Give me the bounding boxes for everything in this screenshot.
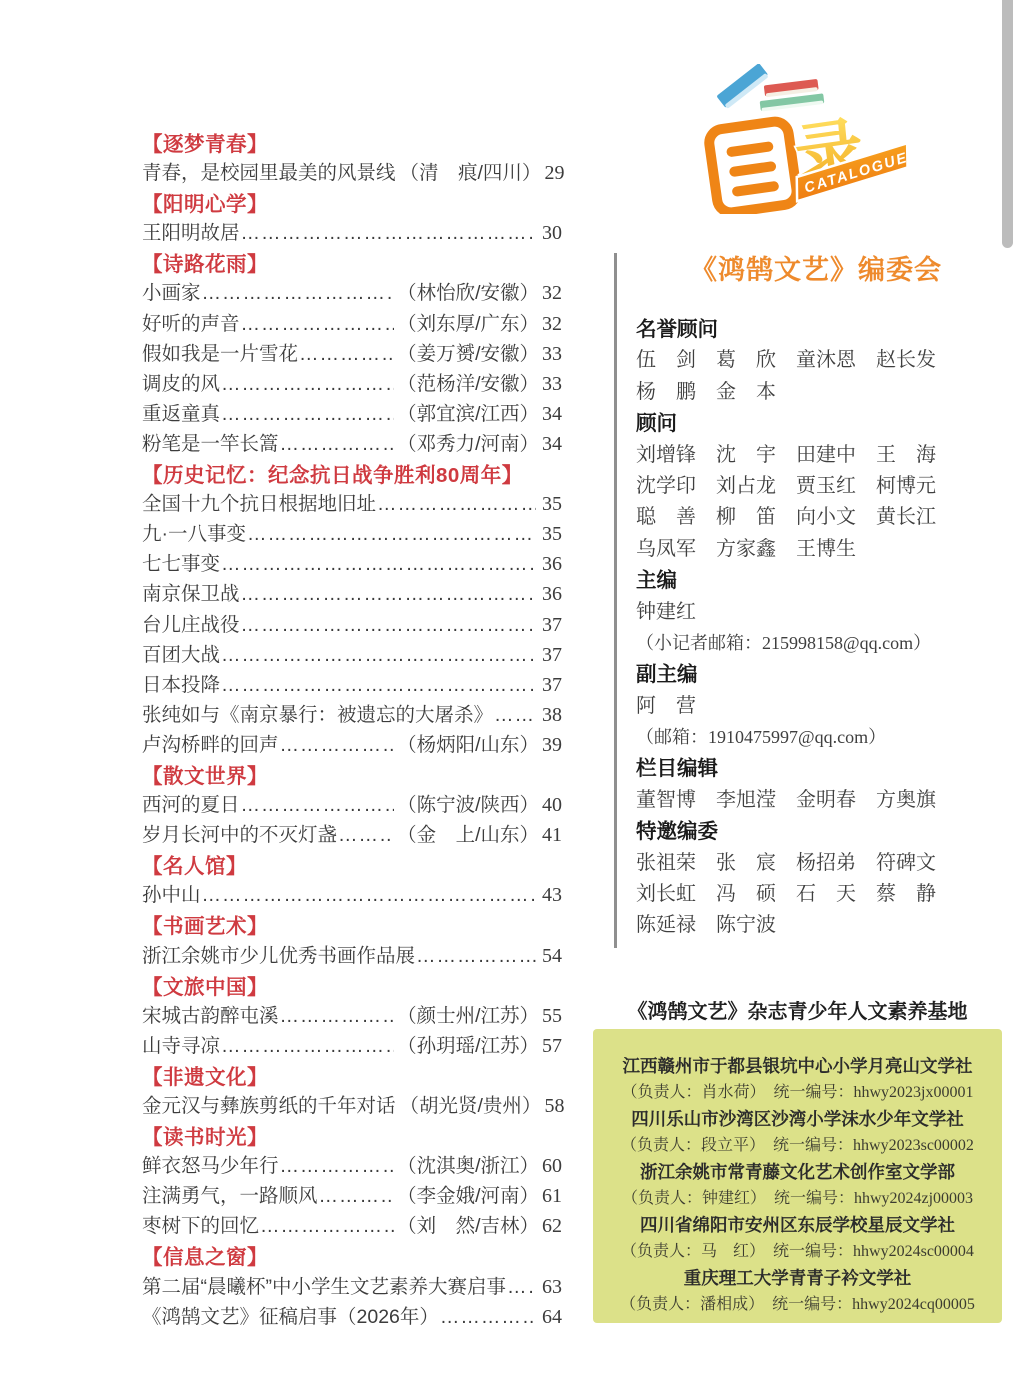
editorial-board-line: 顾问 <box>636 408 946 439</box>
toc-entry-page: 57 <box>542 1035 562 1058</box>
toc-entry-title: 假如我是一片雪花 <box>142 338 298 366</box>
toc-dot-leader: ………………………………………………………………………… <box>299 343 394 366</box>
toc-entry-title: 金元汉与彝族剪纸的千年对话 <box>142 1090 396 1118</box>
toc-row: 假如我是一片雪花 ………………………………………………………………………… （姜… <box>142 338 562 368</box>
toc-entry-title: 孙中山 <box>142 879 201 907</box>
toc-row: 岁月长河中的不灭灯盏 ………………………………………………………………………… … <box>142 819 562 849</box>
toc-entry-title: 九·一八事变 <box>142 518 246 546</box>
toc-dot-leader: ………………………………………………………………………… <box>221 674 536 697</box>
toc-entry-author: （刘 然/吉林） <box>397 1210 539 1238</box>
editorial-board-line: 张祖荣 张 宸 杨招弟 符碑文 <box>636 848 946 879</box>
toc-dot-leader: ………………………………………………………………………… <box>241 313 395 336</box>
toc-row: 张纯如与《南京暴行：被遗忘的大屠杀》 ………………………………………………………… <box>142 699 562 729</box>
toc-row: 粉笔是一竿长篙 ………………………………………………………………………… （邓秀… <box>142 428 562 458</box>
toc-entry-title: 七七事变 <box>142 548 220 576</box>
toc-row: 日本投降 ………………………………………………………………………… 37 <box>142 669 562 699</box>
toc-entry-title: 宋城古韵醉屯溪 <box>142 1000 279 1028</box>
toc-entry-author: （陈宁波/陕西） <box>397 789 539 817</box>
toc-entry-title: 日本投降 <box>142 669 220 697</box>
toc-entry-title: 王阳明故居 <box>142 217 240 245</box>
toc-entry-author: （金 上/山东） <box>397 819 539 847</box>
toc-entry-page: 39 <box>542 734 562 757</box>
toc-entry-page: 35 <box>542 493 562 516</box>
toc-dot-leader: ………………………………………………………………………… <box>280 1005 395 1028</box>
editorial-board-list: 名誉顾问 伍 剑 葛 欣 童沐恩 赵长发 杨 鹏 金 本 顾问 刘增锋 沈 宇 … <box>636 314 946 942</box>
toc-entry-title: 张纯如与《南京暴行：被遗忘的大屠杀》 <box>142 699 493 727</box>
toc-row: 王阳明故居 ………………………………………………………………………… 30 <box>142 217 562 247</box>
editorial-board-line: 董智博 李旭滢 金明春 方奥旗 <box>636 785 946 816</box>
toc-dot-leader: ………………………………………………………………………… <box>221 403 394 426</box>
toc-entry-page: 37 <box>542 644 562 667</box>
toc-section-header: 【书画艺术】 <box>142 909 268 939</box>
toc-row: 【散文世界】 ………………………………………………………………………… <box>142 759 562 789</box>
toc-section-header: 【文旅中国】 <box>142 970 268 1000</box>
editorial-board-line: 阿 营 <box>636 691 946 722</box>
toc-row: 台儿庄战役 ………………………………………………………………………… 37 <box>142 609 562 639</box>
toc-entry-title: 注满勇气，一路顺风 <box>142 1180 318 1208</box>
base-name: 四川省绵阳市安州区东辰学校星辰文学社 <box>593 1212 1002 1239</box>
toc-entry-author: （沈淇奥/浙江） <box>397 1150 539 1178</box>
editorial-board-line: 陈延禄 陈宁波 <box>636 910 946 941</box>
base-item: 四川省绵阳市安州区东辰学校星辰文学社 （负责人：马 红） 统一编号：hhwy20… <box>593 1212 1002 1265</box>
toc-entry-title: 卢沟桥畔的回声 <box>142 729 279 757</box>
toc-row: 孙中山 ………………………………………………………………………… 43 <box>142 879 562 909</box>
base-item: 四川乐山市沙湾区沙湾小学沫水少年文学社 （负责人：段立平） 统一编号：hhwy2… <box>593 1106 1002 1159</box>
toc-entry-title: 枣树下的回忆 <box>142 1210 259 1238</box>
toc-row: 小画家 ………………………………………………………………………… （林怡欣/安徽… <box>142 277 562 307</box>
base-detail: （负责人：钟建红） 统一编号：hhwy2024zj00003 <box>593 1186 1002 1213</box>
toc-entry-author: （孙玥瑶/江苏） <box>397 1030 539 1058</box>
toc-dot-leader: ………………………………………………………………………… <box>247 523 536 546</box>
toc-dot-leader: ………………………………………………………………………… <box>241 222 536 245</box>
toc-dot-leader: ………………………………………………………………………… <box>241 583 536 606</box>
editorial-board-line: 聪 善 柳 笛 向小文 黄长江 <box>636 502 946 533</box>
toc-row: 全国十九个抗日根据地旧址 ………………………………………………………………………… <box>142 488 562 518</box>
toc-entry-page: 64 <box>542 1306 562 1329</box>
toc-entry-author: （李金娥/河南） <box>397 1180 539 1208</box>
editorial-board-line: 乌凤军 方家鑫 王博生 <box>636 534 946 565</box>
base-name: 江西赣州市于都县银坑中心小学月亮山文学社 <box>593 1053 1002 1080</box>
toc-entry-author: （邓秀力/河南） <box>397 428 539 456</box>
toc-entry-page: 60 <box>542 1155 562 1178</box>
toc-dot-leader: ………………………………………………………………………… <box>280 433 395 456</box>
toc-entry-page: 38 <box>542 704 562 727</box>
toc-section-header: 【诗路花雨】 <box>142 247 268 277</box>
toc-entry-page: 62 <box>542 1215 562 1238</box>
toc-dot-leader: ………………………………………………………………………… <box>494 704 536 727</box>
toc-entry-title: 第二届“晨曦杯”中小学生文艺素养大赛启事 <box>142 1271 506 1299</box>
toc-dot-leader: ………………………………………………………………………… <box>319 1185 395 1208</box>
base-detail: （负责人：段立平） 统一编号：hhwy2023sc00002 <box>593 1133 1002 1160</box>
toc-entry-title: 台儿庄战役 <box>142 609 240 637</box>
toc-row: 第二届“晨曦杯”中小学生文艺素养大赛启事 …………………………………………………… <box>142 1271 562 1301</box>
toc-row: 【非遗文化】 ………………………………………………………………………… <box>142 1060 562 1090</box>
toc-entry-title: 全国十九个抗日根据地旧址 <box>142 488 376 516</box>
toc-row: 九·一八事变 ………………………………………………………………………… 35 <box>142 518 562 548</box>
toc-entry-page: 29 <box>544 162 564 185</box>
toc-dot-leader: ………………………………………………………………………… <box>338 824 394 847</box>
toc-entry-page: 32 <box>542 313 562 336</box>
books-icon <box>716 64 824 112</box>
toc-entry-title: 山寺寻凉 <box>142 1030 220 1058</box>
base-name: 重庆理工大学青青子衿文学社 <box>593 1265 1002 1292</box>
toc-entry-page: 32 <box>542 282 562 305</box>
editorial-board-line: 沈学印 刘占龙 贾玉红 柯博元 <box>636 471 946 502</box>
editorial-board-line: 刘增锋 沈 宇 田建中 王 海 <box>636 440 946 471</box>
toc-entry-page: 58 <box>544 1095 564 1118</box>
editorial-board-line: 钟建红 <box>636 597 946 628</box>
toc-entry-page: 40 <box>542 794 562 817</box>
toc-dot-leader: ………………………………………………………………………… <box>507 1276 536 1299</box>
column-divider <box>614 253 617 948</box>
toc-entry-author: （颜士州/江苏） <box>397 1000 539 1028</box>
toc-entry-page: 55 <box>542 1005 562 1028</box>
toc-row: 七七事变 ………………………………………………………………………… 36 <box>142 548 562 578</box>
editorial-board-line: 特邀编委 <box>636 816 946 847</box>
toc-entry-title: 调皮的风 <box>142 368 220 396</box>
toc-dot-leader: ………………………………………………………………………… <box>241 794 395 817</box>
editorial-board-line: 名誉顾问 <box>636 314 946 345</box>
toc-entry-title: 好听的声音 <box>142 308 240 336</box>
toc-entry-page: 63 <box>542 1276 562 1299</box>
toc-row: 枣树下的回忆 ………………………………………………………………………… （刘 然… <box>142 1210 562 1240</box>
toc-entry-author: （刘东厚/广东） <box>397 308 539 336</box>
toc-entry-title: 小画家 <box>142 277 201 305</box>
toc-entry-author: （林怡欣/安徽） <box>397 277 539 305</box>
base-detail: （负责人：肖水荷） 统一编号：hhwy2023jx00001 <box>593 1080 1002 1107</box>
toc-entry-author: （郭宜滨/江西） <box>397 398 539 426</box>
toc-dot-leader: ………………………………………………………………………… <box>221 1035 394 1058</box>
editorial-board-line: 栏目编辑 <box>636 753 946 784</box>
toc-section-header: 【散文世界】 <box>142 759 268 789</box>
base-name: 浙江余姚市常青藤文化艺术创作室文学部 <box>593 1159 1002 1186</box>
scrollbar-thumb[interactable] <box>1002 0 1013 248</box>
toc-entry-page: 54 <box>542 945 562 968</box>
toc-section-header: 【名人馆】 <box>142 849 247 879</box>
toc-dot-leader: ………………………………………………………………………… <box>416 945 536 968</box>
toc-entry-title: 西河的夏日 <box>142 789 240 817</box>
toc-row: 【信息之窗】 ………………………………………………………………………… <box>142 1240 562 1270</box>
toc-section-header: 【阳明心学】 <box>142 187 268 217</box>
toc-entry-title: 鲜衣怒马少年行 <box>142 1150 279 1178</box>
toc-column: 【逐梦青春】 ………………………………………………………………………… 青春，是… <box>142 127 562 1331</box>
toc-entry-page: 37 <box>542 674 562 697</box>
toc-entry-page: 37 <box>542 614 562 637</box>
toc-dot-leader: ………………………………………………………………………… <box>280 734 395 757</box>
toc-row: 【名人馆】 ………………………………………………………………………… <box>142 849 562 879</box>
toc-dot-leader: ………………………………………………………………………… <box>260 1215 394 1238</box>
toc-row: 南京保卫战 ………………………………………………………………………… 36 <box>142 578 562 608</box>
toc-row: 青春，是校园里最美的风景线 ……………………………………………………………………… <box>142 157 562 187</box>
base-detail: （负责人：马 红） 统一编号：hhwy2024sc00004 <box>593 1239 1002 1266</box>
toc-dot-leader: ………………………………………………………………………… <box>241 614 536 637</box>
toc-section-header: 【信息之窗】 <box>142 1240 268 1270</box>
toc-entry-page: 43 <box>542 884 562 907</box>
toc-dot-leader: ………………………………………………………………………… <box>221 373 394 396</box>
toc-section-header: 【逐梦青春】 <box>142 127 268 157</box>
toc-entry-page: 35 <box>542 523 562 546</box>
editorial-board-line: 刘长虹 冯 硕 石 天 蔡 静 <box>636 879 946 910</box>
toc-row: 西河的夏日 ………………………………………………………………………… （陈宁波/… <box>142 789 562 819</box>
toc-row: 【文旅中国】 ………………………………………………………………………… <box>142 970 562 1000</box>
toc-row: 【诗路花雨】 ………………………………………………………………………… <box>142 247 562 277</box>
base-item: 浙江余姚市常青藤文化艺术创作室文学部 （负责人：钟建红） 统一编号：hhwy20… <box>593 1159 1002 1212</box>
toc-entry-page: 36 <box>542 553 562 576</box>
toc-entry-title: 岁月长河中的不灭灯盏 <box>142 819 337 847</box>
editorial-board-line: 副主编 <box>636 659 946 690</box>
toc-entry-page: 33 <box>542 373 562 396</box>
toc-entry-page: 34 <box>542 433 562 456</box>
toc-row: 浙江余姚市少儿优秀书画作品展 …………………………………………………………………… <box>142 940 562 970</box>
base-item: 重庆理工大学青青子衿文学社 （负责人：潘相成） 统一编号：hhwy2024cq0… <box>593 1265 1002 1318</box>
toc-section-header: 【读书时光】 <box>142 1120 268 1150</box>
toc-entry-title: 粉笔是一竿长篙 <box>142 428 279 456</box>
toc-dot-leader: ………………………………………………………………………… <box>221 553 536 576</box>
toc-dot-leader: ………………………………………………………………………… <box>221 644 536 667</box>
toc-row: 【阳明心学】 ………………………………………………………………………… <box>142 187 562 217</box>
editorial-board-line: （小记者邮箱：215998158@qq.com） <box>636 628 946 659</box>
toc-dot-leader: ………………………………………………………………………… <box>440 1306 536 1329</box>
toc-row: 宋城古韵醉屯溪 ………………………………………………………………………… （颜士… <box>142 1000 562 1030</box>
base-name: 四川乐山市沙湾区沙湾小学沫水少年文学社 <box>593 1106 1002 1133</box>
toc-row: 《鸿鹄文艺》征稿启事（2026年） …………………………………………………………… <box>142 1301 562 1331</box>
toc-row: 百团大战 ………………………………………………………………………… 37 <box>142 639 562 669</box>
toc-entry-page: 33 <box>542 343 562 366</box>
toc-row: 注满勇气，一路顺风 ………………………………………………………………………… （… <box>142 1180 562 1210</box>
base-item: 江西赣州市于都县银坑中心小学月亮山文学社 （负责人：肖水荷） 统一编号：hhwy… <box>593 1053 1002 1106</box>
catalogue-logo: 录 CATALOGUE <box>703 64 915 214</box>
toc-entry-page: 36 <box>542 583 562 606</box>
toc-row: 鲜衣怒马少年行 ………………………………………………………………………… （沈淇… <box>142 1150 562 1180</box>
toc-row: 山寺寻凉 ………………………………………………………………………… （孙玥瑶/江… <box>142 1030 562 1060</box>
toc-entry-author: （范杨洋/安徽） <box>397 368 539 396</box>
editorial-board-title: 《鸿鹄文艺》编委会 <box>616 248 1016 287</box>
toc-entry-title: 《鸿鹄文艺》征稿启事（2026年） <box>142 1301 439 1329</box>
toc-entry-page: 30 <box>542 222 562 245</box>
toc-dot-leader: ………………………………………………………………………… <box>377 493 536 516</box>
toc-dot-leader: ………………………………………………………………………… <box>202 282 395 305</box>
bases-box: 江西赣州市于都县银坑中心小学月亮山文学社 （负责人：肖水荷） 统一编号：hhwy… <box>593 1029 1002 1323</box>
toc-section-header: 【历史记忆：纪念抗日战争胜利80周年】 <box>142 458 523 488</box>
toc-entry-author: （胡光贤/贵州） <box>400 1090 542 1118</box>
toc-row: 调皮的风 ………………………………………………………………………… （范杨洋/安… <box>142 368 562 398</box>
bases-title: 《鸿鹄文艺》杂志青少年人文素养基地 <box>593 995 1002 1024</box>
toc-row: 【历史记忆：纪念抗日战争胜利80周年】 ……………………………………………………… <box>142 458 562 488</box>
mu-glyph <box>707 120 798 214</box>
magazine-toc-page: 【逐梦青春】 ………………………………………………………………………… 青春，是… <box>0 0 1023 1400</box>
toc-entry-page: 61 <box>542 1185 562 1208</box>
toc-row: 金元汉与彝族剪纸的千年对话 ……………………………………………………………………… <box>142 1090 562 1120</box>
toc-entry-author: （姜万赟/安徽） <box>397 338 539 366</box>
toc-row: 【书画艺术】 ………………………………………………………………………… <box>142 909 562 939</box>
toc-entry-title: 重返童真 <box>142 398 220 426</box>
toc-dot-leader: ………………………………………………………………………… <box>202 884 536 907</box>
toc-entry-title: 百团大战 <box>142 639 220 667</box>
toc-entry-title: 南京保卫战 <box>142 578 240 606</box>
toc-row: 【读书时光】 ………………………………………………………………………… <box>142 1120 562 1150</box>
toc-entry-page: 41 <box>542 824 562 847</box>
toc-entry-author: （杨炳阳/山东） <box>397 729 539 757</box>
toc-entry-author: （清 痕/四川） <box>400 157 542 185</box>
toc-row: 【逐梦青春】 ………………………………………………………………………… <box>142 127 562 157</box>
editorial-board-line: 伍 剑 葛 欣 童沐恩 赵长发 <box>636 345 946 376</box>
toc-dot-leader: ………………………………………………………………………… <box>280 1155 395 1178</box>
toc-row: 重返童真 ………………………………………………………………………… （郭宜滨/江… <box>142 398 562 428</box>
toc-section-header: 【非遗文化】 <box>142 1060 268 1090</box>
toc-row: 卢沟桥畔的回声 ………………………………………………………………………… （杨炳… <box>142 729 562 759</box>
toc-entry-title: 青春，是校园里最美的风景线 <box>142 157 396 185</box>
toc-row: 好听的声音 ………………………………………………………………………… （刘东厚/… <box>142 308 562 338</box>
editorial-board-line: （邮箱：1910475997@qq.com） <box>636 722 946 753</box>
editorial-board-line: 主编 <box>636 565 946 596</box>
base-detail: （负责人：潘相成） 统一编号：hhwy2024cq00005 <box>593 1292 1002 1319</box>
toc-entry-title: 浙江余姚市少儿优秀书画作品展 <box>142 940 415 968</box>
toc-entry-page: 34 <box>542 403 562 426</box>
editorial-board-line: 杨 鹏 金 本 <box>636 377 946 408</box>
